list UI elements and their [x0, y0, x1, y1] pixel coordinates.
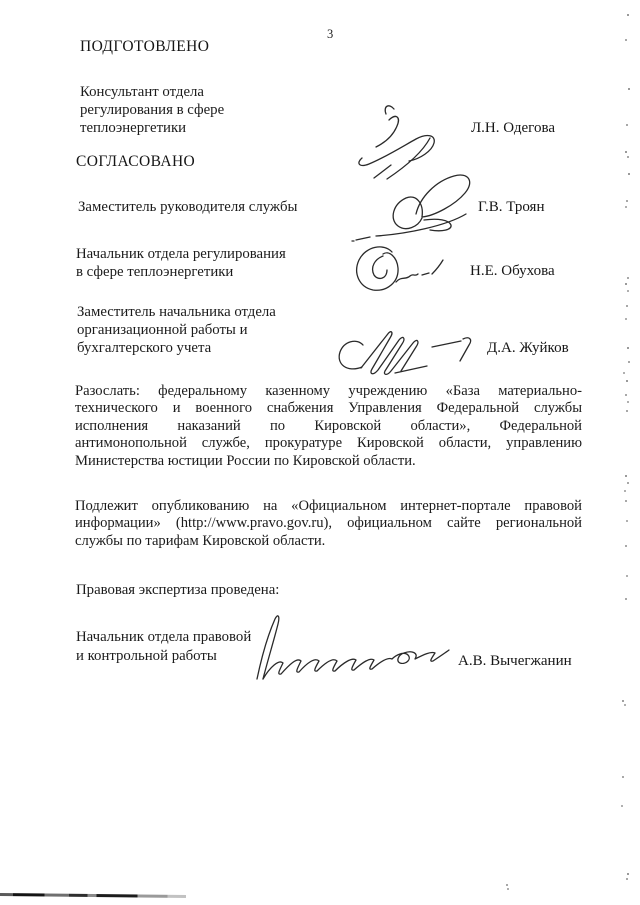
scan-artifact-line: [0, 893, 186, 898]
signatory-title: Начальник отдела регулированияв сфере те…: [76, 245, 336, 281]
signatory-title: Заместитель начальника отделаорганизацио…: [77, 303, 337, 357]
publication-paragraph: Подлежит опубликованию на «Официальном и…: [75, 498, 582, 550]
handwritten-signature-icon: [332, 326, 480, 376]
distribution-paragraph: Разослать: федеральному казенному учрежд…: [75, 383, 582, 470]
handwritten-signature-icon: [346, 162, 476, 244]
section-heading-prepared: ПОДГОТОВЛЕНО: [80, 38, 209, 56]
handwritten-signature-icon: [350, 242, 448, 294]
scan-noise-specks: [0, 0, 2, 2]
signatory-title: Заместитель руководителя службы: [78, 198, 358, 216]
signatory-name: Л.Н. Одегова: [471, 120, 555, 137]
signatory-title: Консультант отделарегулирования в сферет…: [80, 83, 280, 137]
signatory-name: Н.Е. Обухова: [470, 263, 555, 280]
section-heading-agreed: СОГЛАСОВАНО: [76, 153, 195, 171]
document-page: 3 ПОДГОТОВЛЕНО Консультант отделарегулир…: [0, 0, 640, 905]
page-number: 3: [327, 27, 333, 42]
section-heading-legal-review: Правовая экспертиза проведена:: [76, 581, 376, 599]
signatory-name: Д.А. Жуйков: [487, 340, 569, 357]
signatory-name: А.В. Вычегжанин: [458, 653, 572, 670]
handwritten-signature-icon: [248, 612, 453, 684]
signatory-name: Г.В. Троян: [478, 199, 544, 216]
